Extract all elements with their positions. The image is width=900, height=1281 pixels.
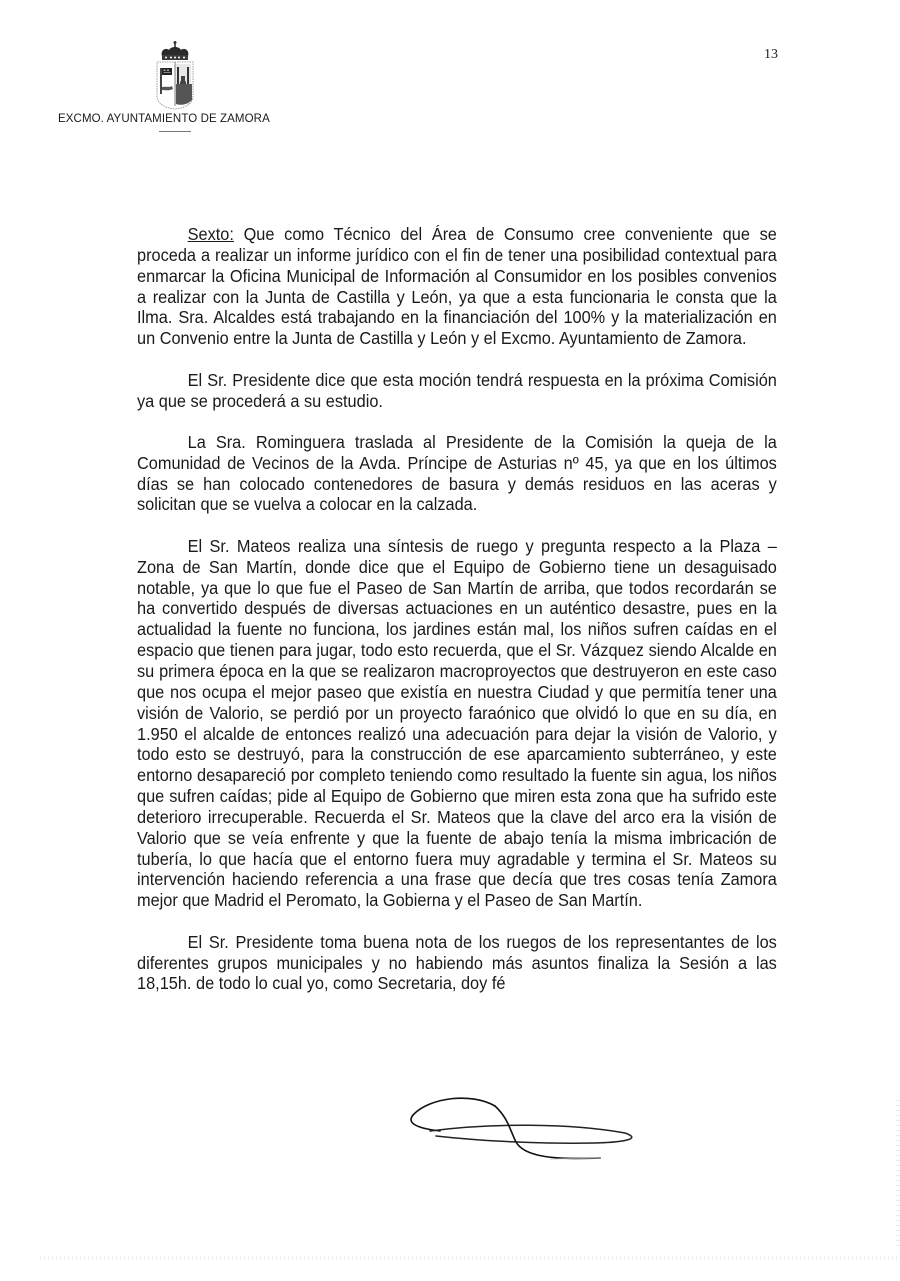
page-number: 13 — [764, 47, 778, 63]
paragraph-sexto: Sexto: Que como Técnico del Área de Cons… — [137, 225, 777, 350]
paragraph-president-response: El Sr. Presidente dice que esta moción t… — [137, 371, 777, 413]
handwritten-signature-icon — [400, 1088, 660, 1173]
coat-of-arms-icon — [154, 40, 196, 110]
scan-artifact-edge — [896, 1100, 900, 1250]
paragraph-session-close: El Sr. Presidente toma buena nota de los… — [137, 933, 777, 996]
scan-artifact — [40, 1256, 900, 1260]
paragraph-rominguera-complaint: La Sra. Rominguera traslada al President… — [137, 433, 777, 516]
header-divider — [159, 131, 191, 132]
organization-name: EXCMO. AYUNTAMIENTO DE ZAMORA — [58, 113, 270, 125]
letterhead: EXCMO. AYUNTAMIENTO DE ZAMORA — [56, 40, 296, 140]
paragraph-text: Que como Técnico del Área de Consumo cre… — [137, 225, 777, 348]
document-page: EXCMO. AYUNTAMIENTO DE ZAMORA 13 Sexto: … — [0, 0, 900, 1281]
paragraph-label: Sexto: — [188, 225, 234, 244]
paragraph-mateos-intervention: El Sr. Mateos realiza una síntesis de ru… — [137, 537, 777, 912]
document-body: Sexto: Que como Técnico del Área de Cons… — [137, 225, 777, 1016]
